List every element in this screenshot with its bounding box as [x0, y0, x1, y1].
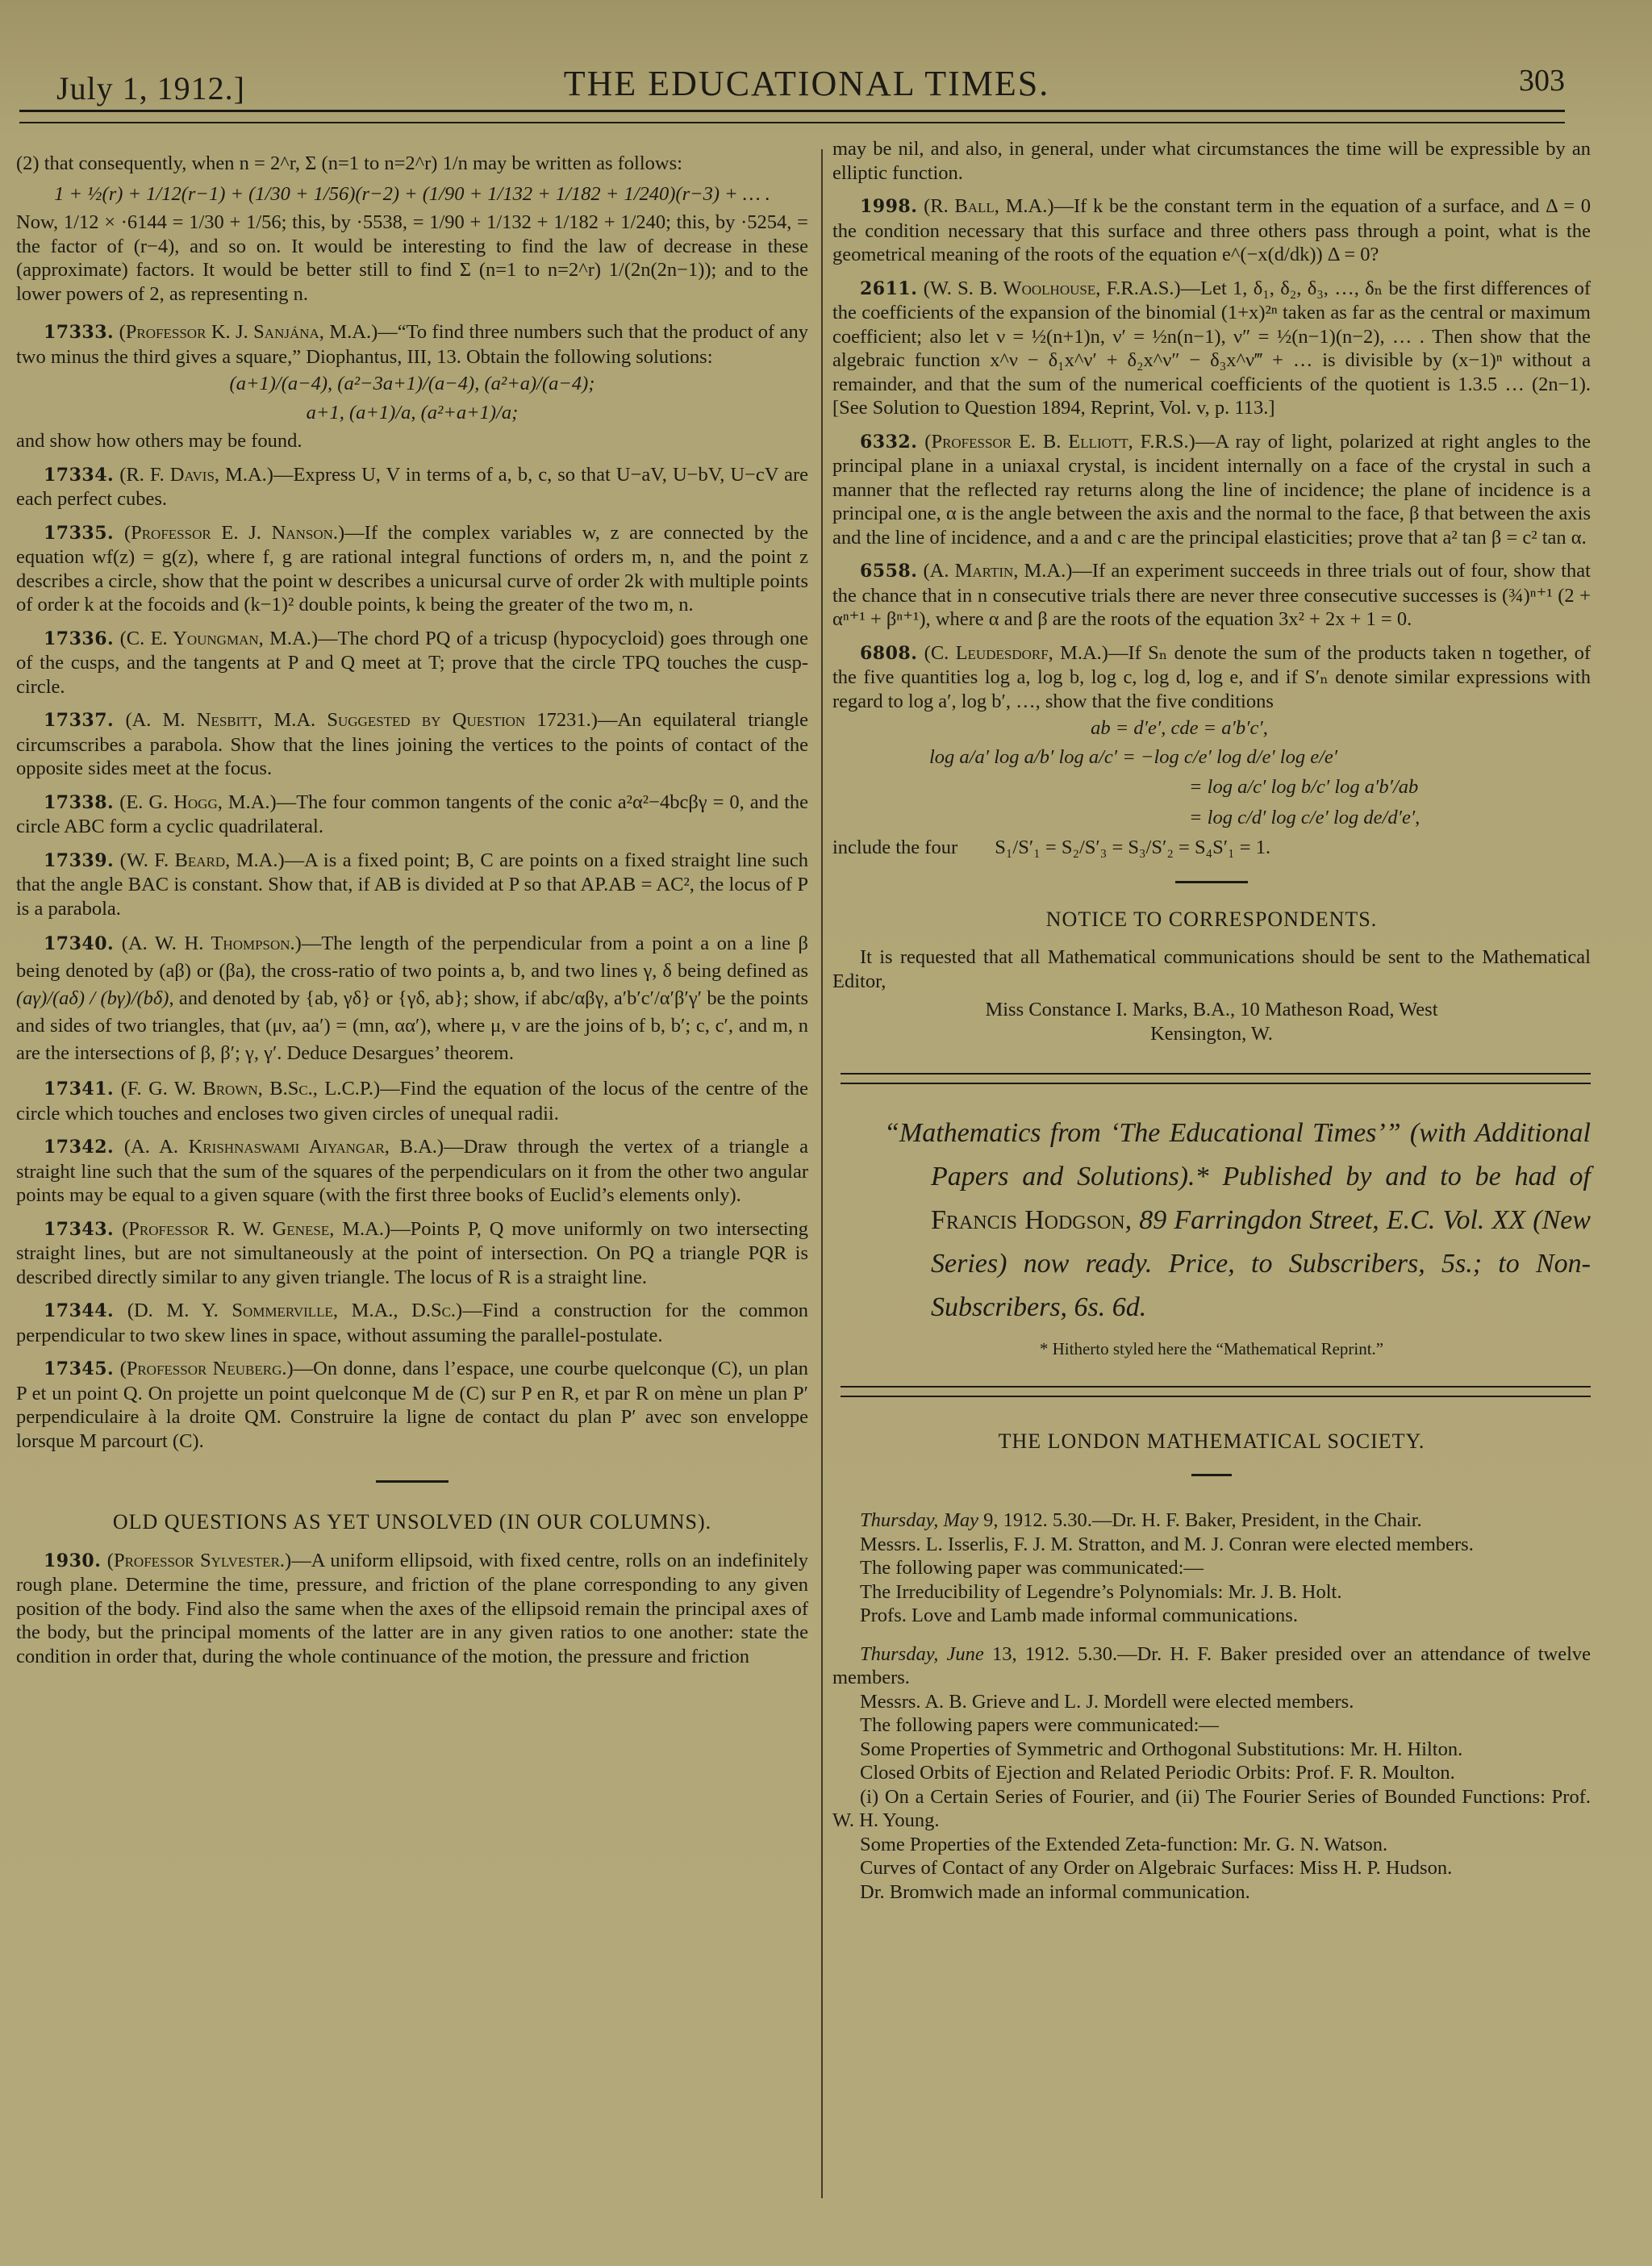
question-author: (F. G. W. Brown, B.Sc., L.C.P.) [121, 1078, 380, 1100]
reprint-advertisement: “Mathematics from ‘The Educational Times… [832, 1112, 1591, 1362]
question-17339: 17339. (W. F. Beard, M.A.)—A is a fixed … [16, 849, 808, 921]
question-17334: 17334. (R. F. Davis, M.A.)—Express U, V … [16, 463, 808, 511]
section-separator [376, 1480, 448, 1483]
question-17340: 17340. (A. W. H. Thompson.)—The length o… [16, 930, 808, 1067]
continuation-line1: (2) that consequently, when n = 2^r, Σ (… [16, 152, 808, 176]
question-17335: 17335. (Professor E. J. Nanson.)—If the … [16, 521, 808, 617]
condition-eq4: = log c/d′ log c/e′ log de/d′e′, [832, 806, 1591, 830]
header-double-rule [19, 110, 1565, 123]
question-17344: 17344. (D. M. Y. Sommerville, M.A., D.Sc… [16, 1299, 808, 1347]
meeting-line: Some Properties of the Extended Zeta-fun… [832, 1833, 1591, 1857]
journal-page: July 1, 1912.] THE EDUCATIONAL TIMES. 30… [0, 0, 1652, 2266]
meeting-line: Dr. Bromwich made an informal communicat… [832, 1880, 1591, 1905]
question-number: 6558. [860, 561, 917, 582]
question-number: 1930. [44, 1550, 101, 1571]
meeting-line: Curves of Contact of any Order on Algebr… [832, 1856, 1591, 1880]
cross-ratio-formula: (aγ)/(aδ) / (bγ)/(bδ) [16, 987, 169, 1009]
question-author: (Professor E. J. Nanson.) [124, 522, 344, 544]
condition-eq3: = log a/c′ log b/c′ log a′b′/ab [832, 775, 1591, 799]
question-author: (E. G. Hogg, M.A.) [119, 791, 277, 813]
condition-eq2: log a/a′ log a/b′ log a/c′ = −log c/e′ l… [832, 745, 1591, 770]
include-label: include the four [832, 837, 957, 858]
meeting-date-line: Thursday, May 9, 1912. 5.30.—Dr. H. F. B… [832, 1509, 1591, 1533]
meeting-line: The following papers were communicated:— [832, 1713, 1591, 1738]
advert-part1: “Mathematics from ‘The Educational Times… [884, 1118, 1591, 1191]
editor-address-line1: Miss Constance I. Marks, B.A., 10 Mathes… [832, 998, 1591, 1022]
question-author: (A. A. Krishnaswami Aiyangar, B.A.) [124, 1136, 444, 1158]
question-number: 17336. [44, 628, 114, 649]
question-author: (Professor R. W. Genese, M.A.) [122, 1218, 390, 1240]
question-number: 2611. [860, 278, 917, 299]
question-17345: 17345. (Professor Neuberg.)—On donne, da… [16, 1357, 808, 1453]
meeting-date-line: Thursday, June 13, 1912. 5.30.—Dr. H. F.… [832, 1642, 1591, 1690]
advert-text: “Mathematics from ‘The Educational Times… [865, 1112, 1591, 1329]
question-author: (C. E. Youngman, M.A.) [120, 628, 318, 649]
question-1930: 1930. (Professor Sylvester.)—A uniform e… [16, 1549, 808, 1669]
right-column: may be nil, and also, in general, under … [815, 126, 1591, 1904]
meeting-line: The Irreducibility of Legendre’s Polynom… [832, 1580, 1591, 1605]
meeting-line: The following paper was communicated:— [832, 1556, 1591, 1580]
question-17342: 17342. (A. A. Krishnaswami Aiyangar, B.A… [16, 1135, 808, 1208]
meeting-june-13: Thursday, June 13, 1912. 5.30.—Dr. H. F.… [832, 1642, 1591, 1905]
question-number: 1998. [860, 196, 917, 217]
question-17333-after: and show how others may be found. [16, 429, 808, 453]
question-17333: 17333. (Professor K. J. Sanjána, M.A.)—“… [16, 320, 808, 369]
editor-address-line2: Kensington, W. [832, 1022, 1591, 1046]
question-author: (C. Leudesdorf, M.A.) [924, 642, 1108, 664]
question-author: (A. M. Nesbitt, M.A. Suggested by Questi… [125, 709, 597, 731]
question-number: 17343. [44, 1219, 114, 1240]
journal-title: THE EDUCATIONAL TIMES. [48, 63, 1565, 104]
question-6808: 6808. (C. Leudesdorf, M.A.)—If Sₙ denote… [832, 641, 1591, 714]
question-author: (Professor E. B. Elliott, F.R.S.) [924, 431, 1195, 453]
question-number: 17340. [44, 933, 114, 954]
question-6332: 6332. (Professor E. B. Elliott, F.R.S.)—… [832, 430, 1591, 550]
meeting-may-9: Thursday, May 9, 1912. 5.30.—Dr. H. F. B… [832, 1509, 1591, 1628]
question-number: 17335. [44, 523, 114, 544]
question-author: (Professor K. J. Sanjána, M.A.) [119, 321, 378, 343]
question-number: 17344. [44, 1300, 114, 1321]
solution-line-1: (a+1)/(a−4), (a²−3a+1)/(a−4), (a²+a)/(a−… [16, 372, 808, 396]
question-author: (W. F. Beard, M.A.) [120, 849, 285, 871]
question-author: (A. Martin, M.A.) [924, 560, 1073, 582]
continuation-body: Now, 1/12 × ·6144 = 1/30 + 1/56; this, b… [16, 211, 808, 306]
question-17336: 17336. (C. E. Youngman, M.A.)—The chord … [16, 627, 808, 699]
question-number: 17337. [44, 710, 114, 731]
advert-footnote: * Hitherto styled here the “Mathematical… [832, 1337, 1591, 1362]
question-author: (W. S. B. Woolhouse, F.R.A.S.) [924, 278, 1181, 299]
question-author: (Professor Neuberg.) [120, 1358, 294, 1379]
question-6558: 6558. (A. Martin, M.A.)—If an experiment… [832, 559, 1591, 632]
section-separator [1175, 881, 1248, 883]
question-number: 6808. [860, 643, 917, 664]
question-number: 6332. [860, 432, 917, 453]
continuation-1930: may be nil, and also, in general, under … [832, 137, 1591, 185]
question-number: 17341. [44, 1079, 114, 1100]
old-questions-heading: OLD QUESTIONS AS YET UNSOLVED (IN OUR CO… [16, 1510, 808, 1534]
meeting-line: Messrs. L. Isserlis, F. J. M. Stratton, … [832, 1533, 1591, 1557]
series-expansion: 1 + ½(r) + 1/12(r−1) + (1/30 + 1/56)(r−2… [16, 182, 808, 207]
question-author: (A. W. H. Thompson.) [122, 933, 302, 954]
solution-line-2: a+1, (a+1)/a, (a²+a+1)/a; [16, 401, 808, 425]
final-identity: S₁/S′₁ = S₂/S′₃ = S₃/S′₂ = S₄S′₁ = 1. [995, 837, 1270, 858]
continuation-from-previous: (2) that consequently, when n = 2^r, Σ (… [16, 152, 808, 306]
notice-text: It is requested that all Mathematical co… [832, 945, 1591, 993]
london-mathematical-society: THE LONDON MATHEMATICAL SOCIETY. Thursda… [832, 1429, 1591, 1905]
meeting-line: Closed Orbits of Ejection and Related Pe… [832, 1761, 1591, 1785]
question-number: 17334. [44, 465, 114, 486]
running-head: July 1, 1912.] THE EDUCATIONAL TIMES. 30… [48, 63, 1565, 105]
notice-to-correspondents: NOTICE TO CORRESPONDENTS. It is requeste… [832, 908, 1591, 1046]
condition-eq1: ab = d′e′, cde = a′b′c′, [832, 716, 1591, 741]
question-number: 17333. [44, 322, 114, 343]
question-author: (R. F. Davis, M.A.) [119, 464, 273, 486]
question-17338: 17338. (E. G. Hogg, M.A.)—The four commo… [16, 791, 808, 839]
page-number: 303 [1519, 63, 1565, 98]
meeting-line: Profs. Love and Lamb made informal commu… [832, 1604, 1591, 1628]
lms-heading: THE LONDON MATHEMATICAL SOCIETY. [832, 1429, 1591, 1454]
question-author: (Professor Sylvester.) [107, 1550, 291, 1571]
meeting-line: Some Properties of Symmetric and Orthogo… [832, 1738, 1591, 1762]
spacer [832, 1628, 1591, 1642]
section-separator [1191, 1474, 1232, 1476]
meeting-date: Thursday, May [860, 1509, 978, 1531]
meeting-line: Messrs. A. B. Grieve and L. J. Mordell w… [832, 1690, 1591, 1714]
double-rule-separator [841, 1073, 1591, 1084]
question-number: 17338. [44, 792, 114, 813]
question-author: (R. Ball, M.A.) [924, 195, 1053, 217]
double-rule-separator-2 [841, 1386, 1591, 1397]
question-17341: 17341. (F. G. W. Brown, B.Sc., L.C.P.)—F… [16, 1077, 808, 1125]
question-17343: 17343. (Professor R. W. Genese, M.A.)—Po… [16, 1217, 808, 1290]
left-column: (2) that consequently, when n = 2^r, Σ (… [16, 126, 808, 1678]
publisher-name: Francis Hodgson [931, 1205, 1125, 1235]
question-2611: 2611. (W. S. B. Woolhouse, F.R.A.S.)—Let… [832, 277, 1591, 420]
question-number: 17342. [44, 1137, 114, 1158]
meeting-date: Thursday, June [860, 1643, 984, 1665]
include-line: include the four S₁/S′₁ = S₂/S′₃ = S₃/S′… [832, 836, 1591, 860]
question-author: (D. M. Y. Sommerville, M.A., D.Sc.) [127, 1300, 462, 1321]
notice-heading: NOTICE TO CORRESPONDENTS. [832, 908, 1591, 932]
meeting-line: (i) On a Certain Series of Fourier, and … [832, 1785, 1591, 1833]
question-1998: 1998. (R. Ball, M.A.)—If k be the consta… [832, 194, 1591, 267]
question-number: 17345. [44, 1358, 114, 1379]
question-number: 17339. [44, 850, 114, 871]
meeting-chair: 9, 1912. 5.30.—Dr. H. F. Baker, Presiden… [978, 1509, 1422, 1531]
question-17337: 17337. (A. M. Nesbitt, M.A. Suggested by… [16, 708, 808, 781]
